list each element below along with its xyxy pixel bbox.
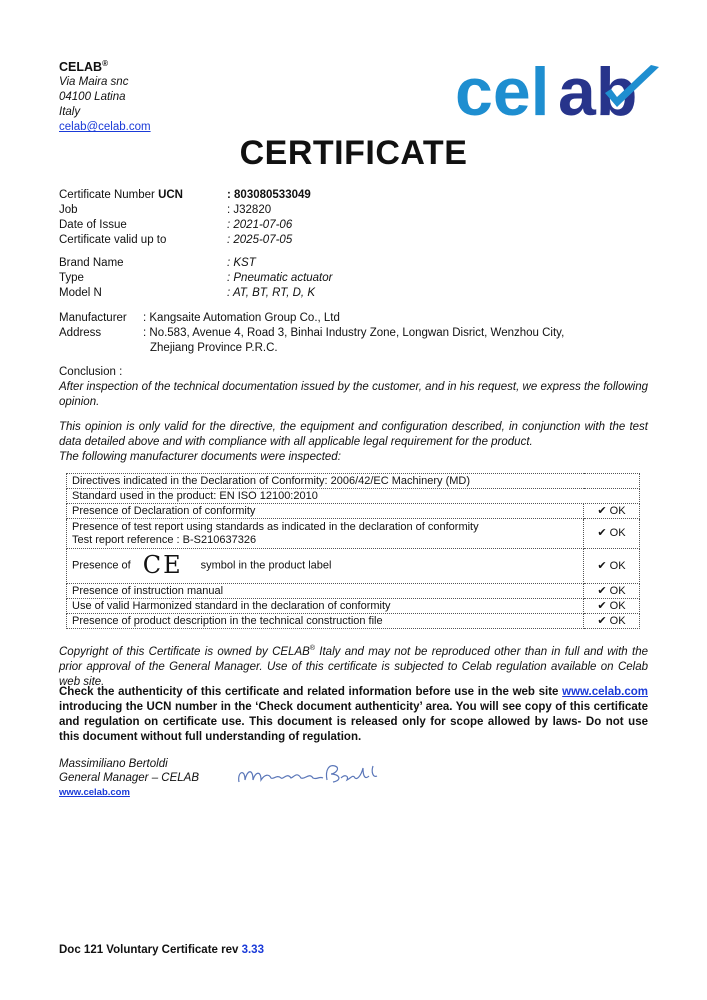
- field-label-text: Certificate Number: [59, 189, 158, 201]
- field-label: Date of Issue: [59, 218, 227, 233]
- check-description: Presence of test report using standards …: [67, 519, 584, 549]
- authenticity-text-1: Check the authenticity of this certifica…: [59, 686, 562, 698]
- issuer-address-block: CELAB® Via Maira snc 04100 Latina Italy …: [59, 56, 151, 135]
- field-row-model: Model N : AT, BT, RT, D, K: [59, 286, 332, 301]
- manufacturer-block: Manufacturer : Kangsaite Automation Grou…: [59, 311, 564, 356]
- issuer-address-line1: Via Maira snc: [59, 75, 151, 90]
- footer-doc-label: Doc 121 Voluntary Certificate rev: [59, 944, 242, 956]
- issuer-country: Italy: [59, 105, 151, 120]
- copyright-notice: Copyright of this Certificate is owned b…: [59, 641, 648, 690]
- field-label: Certificate Number UCN: [59, 188, 227, 203]
- standard-cell: Standard used in the product: EN ISO 121…: [67, 489, 640, 504]
- ce-mark-icon: CE: [143, 551, 183, 579]
- inspected-intro: The following manufacturer documents wer…: [59, 450, 648, 465]
- celab-logo-graphic: cel ab: [455, 57, 665, 123]
- table-row: Presence of test report using standards …: [67, 519, 640, 549]
- field-label-ucn: UCN: [158, 189, 183, 201]
- table-row: Presence ofCEsymbol in the product label…: [67, 549, 640, 584]
- table-row: Presence of product description in the t…: [67, 614, 640, 629]
- address-line2: Zhejiang Province P.R.C.: [143, 341, 278, 356]
- registered-mark: ®: [102, 59, 108, 68]
- check-description: Presence ofCEsymbol in the product label: [67, 549, 584, 584]
- manufacturer-row: Manufacturer : Kangsaite Automation Grou…: [59, 311, 564, 326]
- type-value: : Pneumatic actuator: [227, 271, 332, 286]
- issuer-email-link[interactable]: celab@celab.com: [59, 121, 151, 133]
- model-value: : AT, BT, RT, D, K: [227, 286, 315, 301]
- check-status: ✔ OK: [584, 584, 640, 599]
- table-row: Presence of instruction manual ✔ OK: [67, 584, 640, 599]
- check-status: ✔ OK: [584, 519, 640, 549]
- issuer-name: CELAB®: [59, 56, 151, 75]
- table-row: Presence of Declaration of conformity ✔ …: [67, 504, 640, 519]
- signer-role: General Manager – CELAB: [59, 771, 199, 785]
- field-row-certificate-number: Certificate Number UCN : 803080533049: [59, 188, 311, 203]
- check-description-suffix: symbol in the product label: [201, 560, 332, 572]
- address-row: Address : No.583, Avenue 4, Road 3, Binh…: [59, 326, 564, 341]
- check-status: ✔ OK: [584, 504, 640, 519]
- manufacturer-value: : Kangsaite Automation Group Co., Ltd: [143, 311, 340, 326]
- celab-logo: cel ab: [455, 57, 665, 123]
- test-report-reference: Test report reference : B-S210637326: [72, 534, 578, 547]
- inspection-table: Directives indicated in the Declaration …: [66, 473, 640, 629]
- authenticity-text-2: introducing the UCN number in the ‘Check…: [59, 701, 648, 743]
- check-description-prefix: Presence of: [72, 560, 131, 572]
- issuer-name-text: CELAB: [59, 60, 102, 74]
- valid-up-to-value: : 2025-07-05: [227, 233, 292, 248]
- address-row-2: Zhejiang Province P.R.C.: [59, 341, 564, 356]
- signature-icon: [235, 758, 380, 790]
- field-row-type: Type : Pneumatic actuator: [59, 271, 332, 286]
- check-description-line1: Presence of test report using standards …: [72, 521, 578, 534]
- table-row-directive: Directives indicated in the Declaration …: [67, 474, 640, 489]
- signature-image: [235, 758, 380, 790]
- signer-block: Massimiliano Bertoldi General Manager – …: [59, 757, 199, 800]
- check-description: Presence of product description in the t…: [67, 614, 584, 629]
- table-row: Use of valid Harmonized standard in the …: [67, 599, 640, 614]
- check-description: Use of valid Harmonized standard in the …: [67, 599, 584, 614]
- date-of-issue-value: : 2021-07-06: [227, 218, 292, 233]
- field-label: Brand Name: [59, 256, 227, 271]
- field-row-date-of-issue: Date of Issue : 2021-07-06: [59, 218, 311, 233]
- field-row-brand: Brand Name : KST: [59, 256, 332, 271]
- certificate-number-value: : 803080533049: [227, 188, 311, 203]
- field-label: Type: [59, 271, 227, 286]
- table-row-standard: Standard used in the product: EN ISO 121…: [67, 489, 640, 504]
- conclusion-text: After inspection of the technical docume…: [59, 380, 648, 410]
- signer-website-link[interactable]: www.celab.com: [59, 787, 130, 798]
- field-row-job: Job : J32820: [59, 203, 311, 218]
- check-description: Presence of instruction manual: [67, 584, 584, 599]
- job-value: : J32820: [227, 203, 271, 218]
- field-label: Model N: [59, 286, 227, 301]
- directive-cell: Directives indicated in the Declaration …: [67, 474, 640, 489]
- copyright-text-1: Copyright of this Certificate is owned b…: [59, 646, 310, 658]
- opinion-text: This opinion is only valid for the direc…: [59, 420, 648, 450]
- manufacturer-label: Manufacturer: [59, 311, 143, 326]
- check-status: ✔ OK: [584, 599, 640, 614]
- celab-website-link[interactable]: www.celab.com: [562, 686, 648, 698]
- issuer-address-line2: 04100 Latina: [59, 90, 151, 105]
- field-label: Certificate valid up to: [59, 233, 227, 248]
- footer-revision: 3.33: [242, 944, 264, 956]
- address-label: Address: [59, 326, 143, 341]
- document-footer: Doc 121 Voluntary Certificate rev 3.33: [59, 944, 264, 956]
- signer-name: Massimiliano Bertoldi: [59, 757, 199, 771]
- brand-value: : KST: [227, 256, 256, 271]
- conclusion-heading: Conclusion :: [59, 365, 648, 380]
- product-fields: Brand Name : KST Type : Pneumatic actuat…: [59, 256, 332, 301]
- authenticity-notice: Check the authenticity of this certifica…: [59, 685, 648, 745]
- field-label: Job: [59, 203, 227, 218]
- check-status: ✔ OK: [584, 614, 640, 629]
- check-status: ✔ OK: [584, 549, 640, 584]
- address-spacer: [59, 341, 143, 356]
- address-line1: : No.583, Avenue 4, Road 3, Binhai Indus…: [143, 326, 564, 341]
- document-title: CERTIFICATE: [0, 134, 707, 173]
- certificate-fields: Certificate Number UCN : 803080533049 Jo…: [59, 188, 311, 248]
- logo-text-light: cel: [455, 57, 550, 123]
- field-row-valid-up-to: Certificate valid up to : 2025-07-05: [59, 233, 311, 248]
- check-description: Presence of Declaration of conformity: [67, 504, 584, 519]
